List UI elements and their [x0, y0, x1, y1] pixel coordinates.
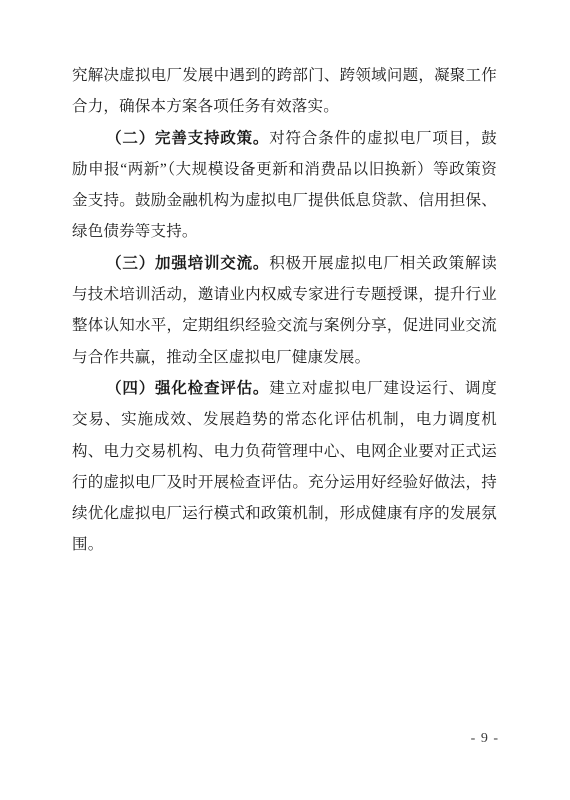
paragraph-text: 究解决虚拟电厂发展中遇到的跨部门、跨领域问题，凝聚工作合力，确保本方案各项任务有…	[72, 67, 497, 115]
paragraph-heading: （二）完善支持政策。	[106, 130, 269, 147]
paragraph: （二）完善支持政策。对符合条件的虚拟电厂项目，鼓励申报“两新”（大规模设备更新和…	[72, 123, 497, 248]
paragraph-heading: （三）加强培训交流。	[106, 255, 269, 272]
page-number: - 9 -	[471, 729, 499, 749]
paragraph-heading: （四）强化检查评估。	[106, 380, 269, 397]
document-body: 究解决虚拟电厂发展中遇到的跨部门、跨领域问题，凝聚工作合力，确保本方案各项任务有…	[72, 60, 497, 561]
paragraph: 究解决虚拟电厂发展中遇到的跨部门、跨领域问题，凝聚工作合力，确保本方案各项任务有…	[72, 60, 497, 123]
paragraph-text: 建立对虚拟电厂建设运行、调度交易、实施成效、发展趋势的常态化评估机制，电力调度机…	[72, 380, 497, 553]
paragraph: （四）强化检查评估。建立对虚拟电厂建设运行、调度交易、实施成效、发展趋势的常态化…	[72, 373, 497, 561]
document-page: 究解决虚拟电厂发展中遇到的跨部门、跨领域问题，凝聚工作合力，确保本方案各项任务有…	[0, 0, 570, 800]
paragraph: （三）加强培训交流。积极开展虚拟电厂相关政策解读与技术培训活动，邀请业内权威专家…	[72, 248, 497, 373]
